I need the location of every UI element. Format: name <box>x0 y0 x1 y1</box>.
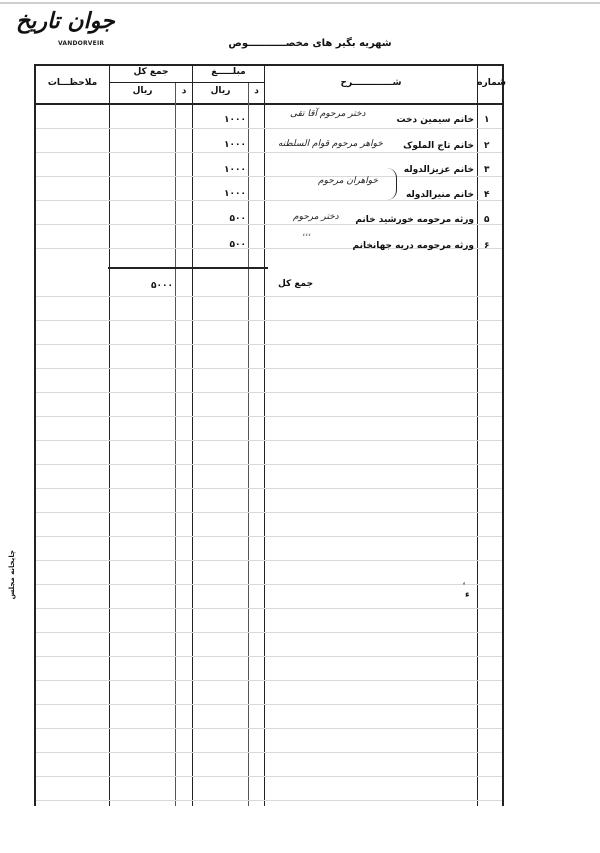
header-remarks: ملاحظـــات <box>36 78 109 88</box>
row-amount: ۵۰۰ <box>200 214 246 224</box>
row-handwritten-note: خواهران مرحوم <box>318 176 378 186</box>
grand-total-value: ۵۰۰۰ <box>125 281 173 291</box>
ruled-line <box>36 440 502 441</box>
ruled-line <box>36 536 502 537</box>
row-name: خانم تاج الملوک <box>403 141 474 151</box>
divider-total-dinar <box>175 82 176 806</box>
bracket-grouping-rows-3-4 <box>386 168 397 200</box>
ruled-line <box>36 488 502 489</box>
document-title: شهریه بگیر های مخصـــــــــــوص <box>175 38 445 49</box>
row-handwritten-note: دختر مرحوم آقا تقی <box>290 109 366 119</box>
divider-amount-dinar <box>248 82 249 806</box>
ruled-line <box>36 344 502 345</box>
scan-top-edge <box>0 2 600 4</box>
header-amount-dinar: د <box>249 86 264 96</box>
ruled-line <box>36 128 502 129</box>
stray-mark: ء <box>465 590 470 600</box>
row-handwritten-note: دختر مرحوم <box>293 212 339 222</box>
table-right-border <box>502 64 504 806</box>
row-number: ۵ <box>484 215 490 225</box>
ruled-line <box>36 704 502 705</box>
ruled-line <box>36 608 502 609</box>
row-name: خانم منیرالدوله <box>406 190 474 200</box>
row-amount: ۱۰۰۰ <box>200 140 246 150</box>
ruled-line <box>36 392 502 393</box>
header-total-dinar: د <box>176 86 192 96</box>
logo-latin: VANDORVEIR <box>58 40 104 47</box>
ruled-line <box>36 200 502 201</box>
ruled-line <box>36 584 502 585</box>
ruled-line <box>36 368 502 369</box>
ruled-line <box>36 680 502 681</box>
ruled-line <box>36 560 502 561</box>
ruled-line <box>36 320 502 321</box>
amount-subheader-line <box>193 82 264 83</box>
row-name: ورثه مرحومه خورشید خانم <box>355 215 474 225</box>
row-name: خانم عزیزالدوله <box>404 165 474 175</box>
row-number: ۱ <box>484 115 490 125</box>
header-description: شـــــــــــــرح <box>265 78 477 88</box>
row-number: ۴ <box>484 190 490 200</box>
ruled-line <box>36 776 502 777</box>
header-total-rial: ریال <box>110 86 175 96</box>
row-handwritten-note: خواهر مرحوم قوام السلطنه <box>278 139 383 149</box>
row-handwritten-note: ٔ ٔ ٔ <box>300 234 306 244</box>
ruled-line <box>36 512 502 513</box>
header-amount-rial: ریال <box>193 86 248 96</box>
row-name: ورثه مرحومه دریه جهانخانم <box>353 241 474 251</box>
row-number: ۲ <box>484 141 490 151</box>
header-bottom-border <box>34 103 504 105</box>
ruled-line <box>36 416 502 417</box>
ruled-line <box>36 176 502 177</box>
ruled-line <box>36 632 502 633</box>
row-amount: ۵۰۰ <box>200 240 246 250</box>
row-amount: ۱۰۰۰ <box>200 115 246 125</box>
grand-total-label: جمع کل <box>278 279 313 289</box>
header-amount: مبلـــــغ <box>193 67 264 77</box>
ruled-line <box>36 728 502 729</box>
row-amount: ۱۰۰۰ <box>200 189 246 199</box>
grand-total-line <box>108 267 268 269</box>
row-number: ۶ <box>484 241 490 251</box>
row-number: ۳ <box>484 165 490 175</box>
table-top-border <box>34 64 504 66</box>
ruled-line <box>36 800 502 801</box>
total-subheader-line <box>110 82 192 83</box>
margin-note: چاپخانه مجلس <box>8 550 16 599</box>
ruled-line <box>36 464 502 465</box>
ruled-line <box>36 656 502 657</box>
header-number: شماره <box>478 78 506 88</box>
ruled-line <box>36 752 502 753</box>
ruled-line <box>36 152 502 153</box>
row-name: خانم سیمین دخت <box>396 115 474 125</box>
row-amount: ۱۰۰۰ <box>200 165 246 175</box>
header-total: جمع کل <box>110 67 192 77</box>
logo-persian: جوان تاریخ <box>16 8 115 34</box>
ruled-line <box>36 296 502 297</box>
